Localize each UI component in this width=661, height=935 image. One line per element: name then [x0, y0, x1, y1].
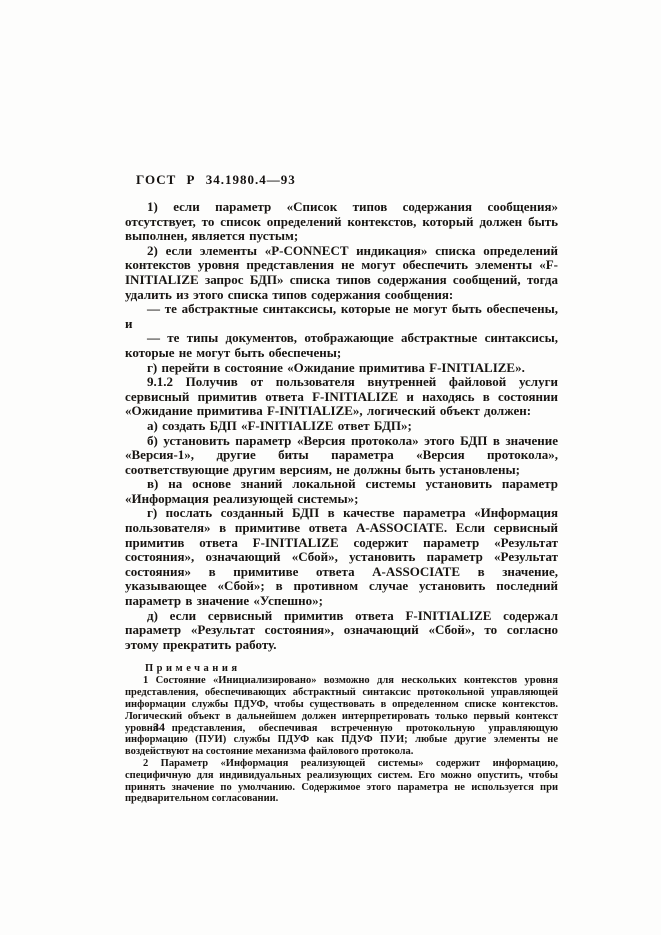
- note-2: 2 Параметр «Информация реализующей систе…: [125, 758, 558, 805]
- document-page: ГОСТ Р 34.1980.4—93 1) если параметр «Сп…: [0, 0, 661, 935]
- paragraph-item-d: д) если сервисный примитив ответа F-INIT…: [125, 609, 558, 653]
- paragraph-dash-item-2: — те типы документов, отображающие абстр…: [125, 331, 558, 360]
- paragraph-item-a: а) создать БДП «F-INITIALIZE ответ БДП»;: [125, 419, 558, 434]
- paragraph-section-9-1-2: 9.1.2 Получив от пользователя внутренней…: [125, 375, 558, 419]
- page-content: 1) если параметр «Список типов содержани…: [125, 200, 558, 805]
- note-1: 1 Состояние «Инициализировано» возможно …: [125, 675, 558, 758]
- paragraph-dash-item-1: — те абстрактные синтаксисы, которые не …: [125, 302, 558, 331]
- paragraph-item-b: б) установить параметр «Версия протокола…: [125, 434, 558, 478]
- paragraph-item-g: г) перейти в состояние «Ожидание примити…: [125, 361, 558, 376]
- paragraph-item-v: в) на основе знаний локальной системы ус…: [125, 477, 558, 506]
- paragraph-list-item-1: 1) если параметр «Список типов содержани…: [125, 200, 558, 244]
- paragraph-item-g2: г) послать созданный БДП в качестве пара…: [125, 506, 558, 608]
- body-text: 1) если параметр «Список типов содержани…: [125, 200, 558, 652]
- page-number: 34: [153, 720, 165, 735]
- running-header-standard-number: ГОСТ Р 34.1980.4—93: [136, 172, 296, 188]
- notes-section: Примечания 1 Состояние «Инициализировано…: [125, 663, 558, 805]
- notes-heading: Примечания: [125, 663, 558, 675]
- paragraph-list-item-2: 2) если элементы «P-CONNECT индикация» с…: [125, 244, 558, 302]
